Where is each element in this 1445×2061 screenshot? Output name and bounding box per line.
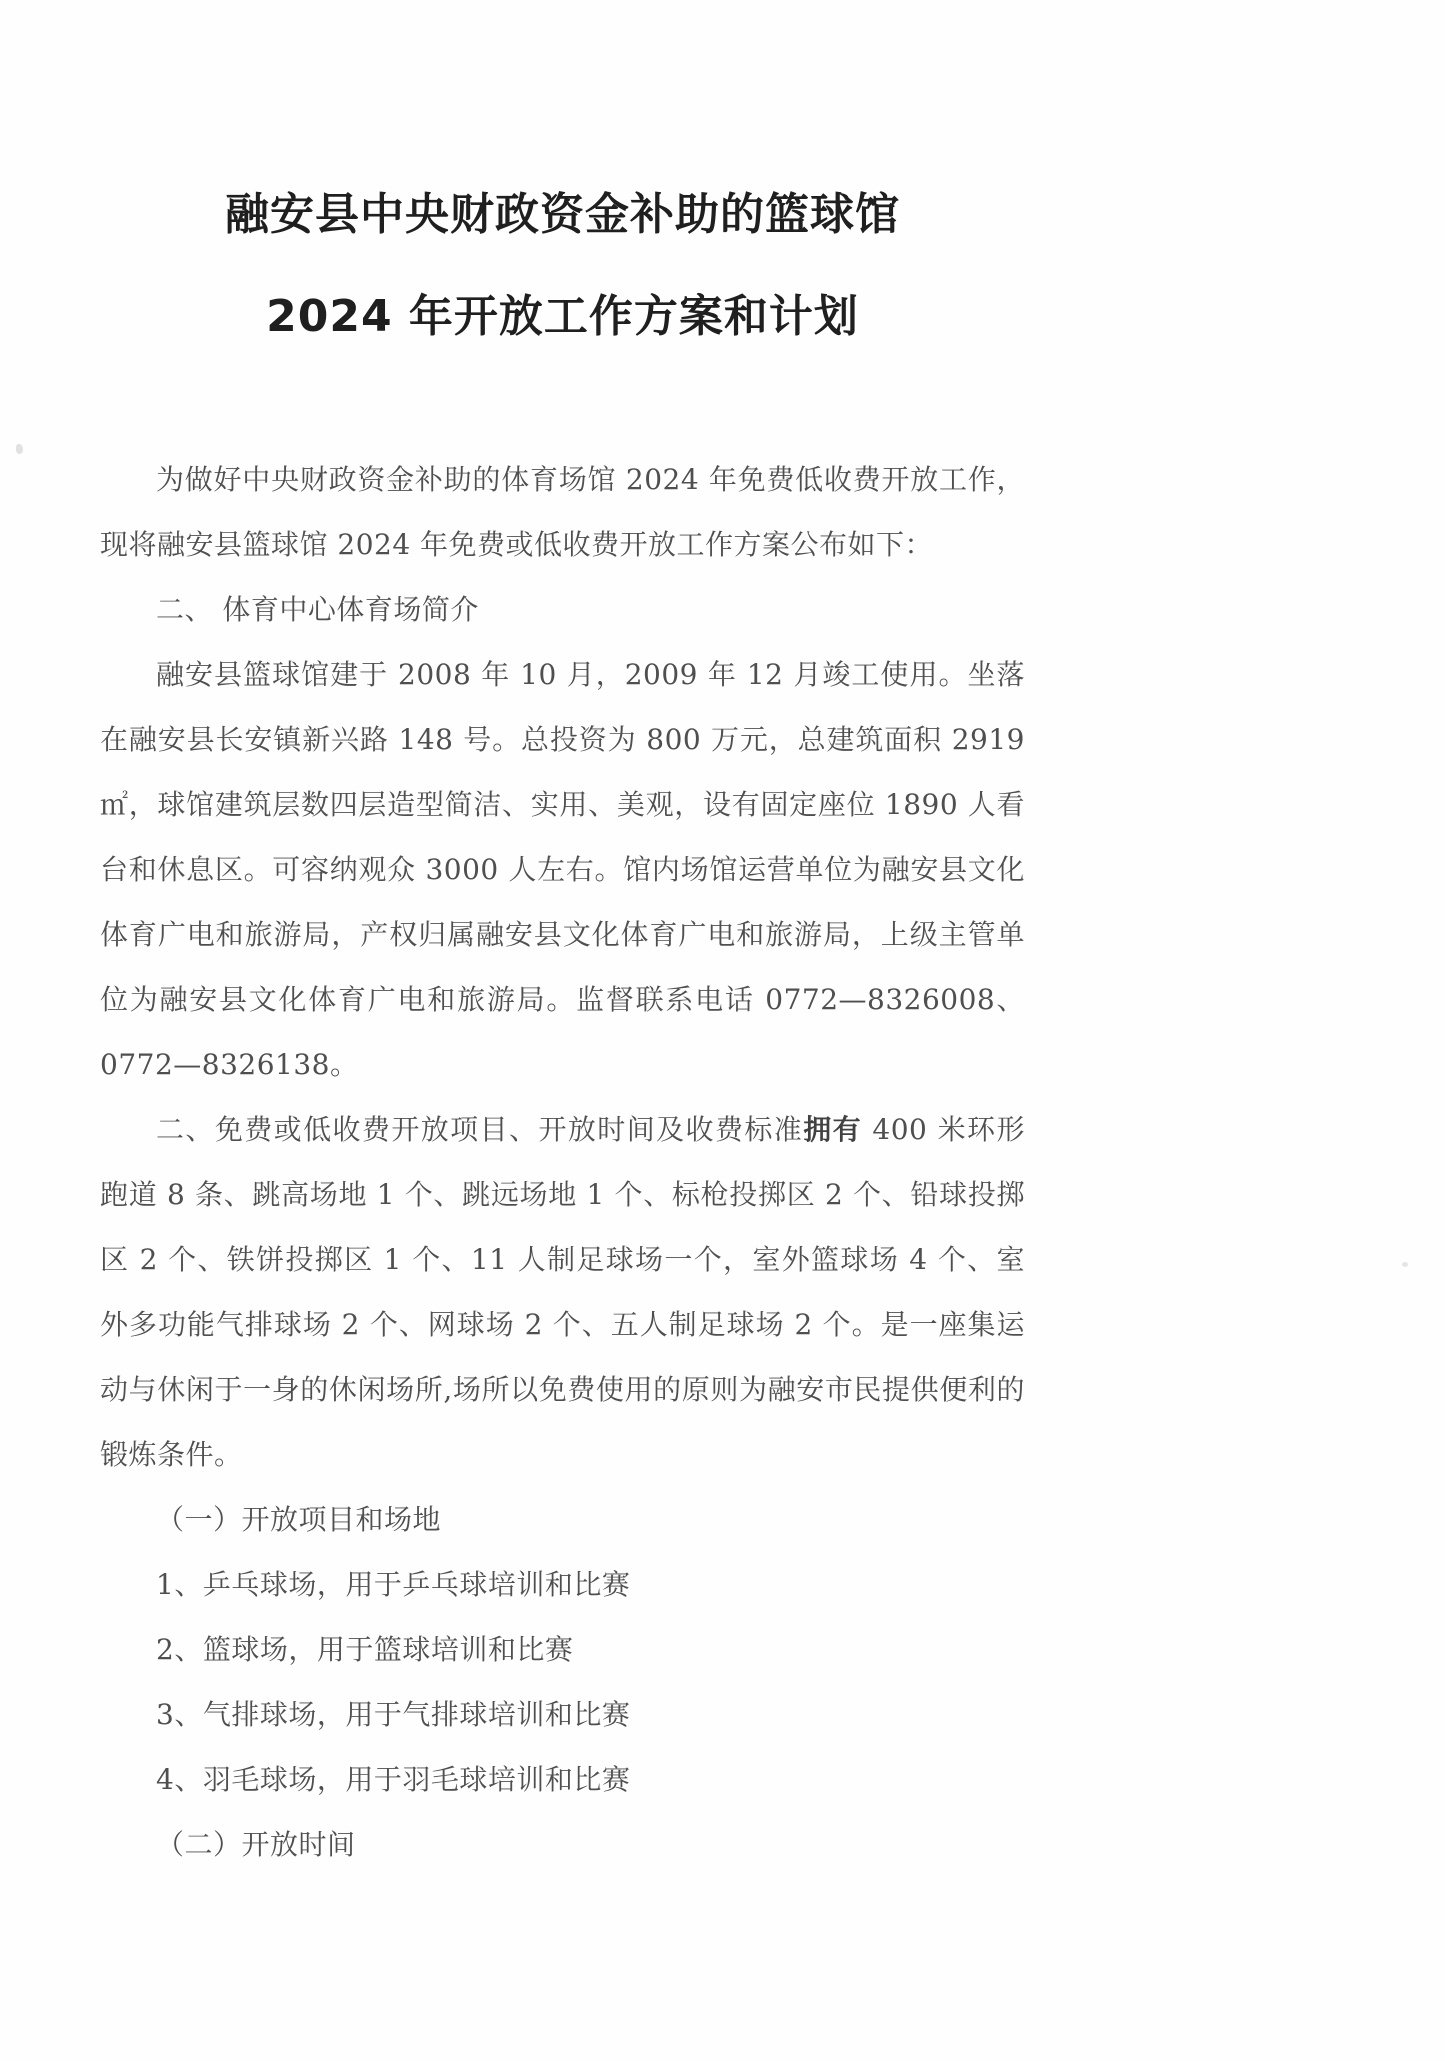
paragraph-intro: 为做好中央财政资金补助的体育场馆 2024 年免费低收费开放工作，现将融安县篮球… xyxy=(100,447,1025,577)
document-title-line1: 融安县中央财政资金补助的篮球馆 xyxy=(100,164,1025,266)
list-item-4: 4、羽毛球场，用于羽毛球培训和比赛 xyxy=(100,1747,1025,1812)
document-title: 融安县中央财政资金补助的篮球馆 2024 年开放工作方案和计划 xyxy=(100,164,1025,368)
paragraph-venue-intro: 融安县篮球馆建于 2008 年 10 月，2009 年 12 月竣工使用。坐落在… xyxy=(100,642,1025,1097)
section1-heading: 二、 体育中心体育场简介 xyxy=(100,577,1025,642)
sub1-heading: （一）开放项目和场地 xyxy=(100,1487,1025,1552)
list-item-1: 1、乒乓球场，用于乒乓球培训和比赛 xyxy=(100,1552,1025,1617)
scanned-document-page: 融安县中央财政资金补助的篮球馆 2024 年开放工作方案和计划 为做好中央财政资… xyxy=(0,0,1445,2061)
section2-heading: 二、免费或低收费开放项目、开放时间及收费标准 xyxy=(156,1113,803,1146)
list-item-3: 3、气排球场，用于气排球培训和比赛 xyxy=(100,1682,1025,1747)
section2-emphasis: 拥有 xyxy=(803,1113,862,1146)
document-title-line2: 2024 年开放工作方案和计划 xyxy=(100,266,1025,368)
document-body: 为做好中央财政资金补助的体育场馆 2024 年免费低收费开放工作，现将融安县篮球… xyxy=(100,447,1025,1877)
sub2-heading: （二）开放时间 xyxy=(100,1812,1025,1877)
section2-body-text: 400 米环形跑道 8 条、跳高场地 1 个、跳远场地 1 个、标枪投掷区 2 … xyxy=(100,1113,1025,1471)
paragraph-section2: 二、免费或低收费开放项目、开放时间及收费标准拥有 400 米环形跑道 8 条、跳… xyxy=(100,1097,1025,1487)
list-item-2: 2、篮球场，用于篮球培训和比赛 xyxy=(100,1617,1025,1682)
